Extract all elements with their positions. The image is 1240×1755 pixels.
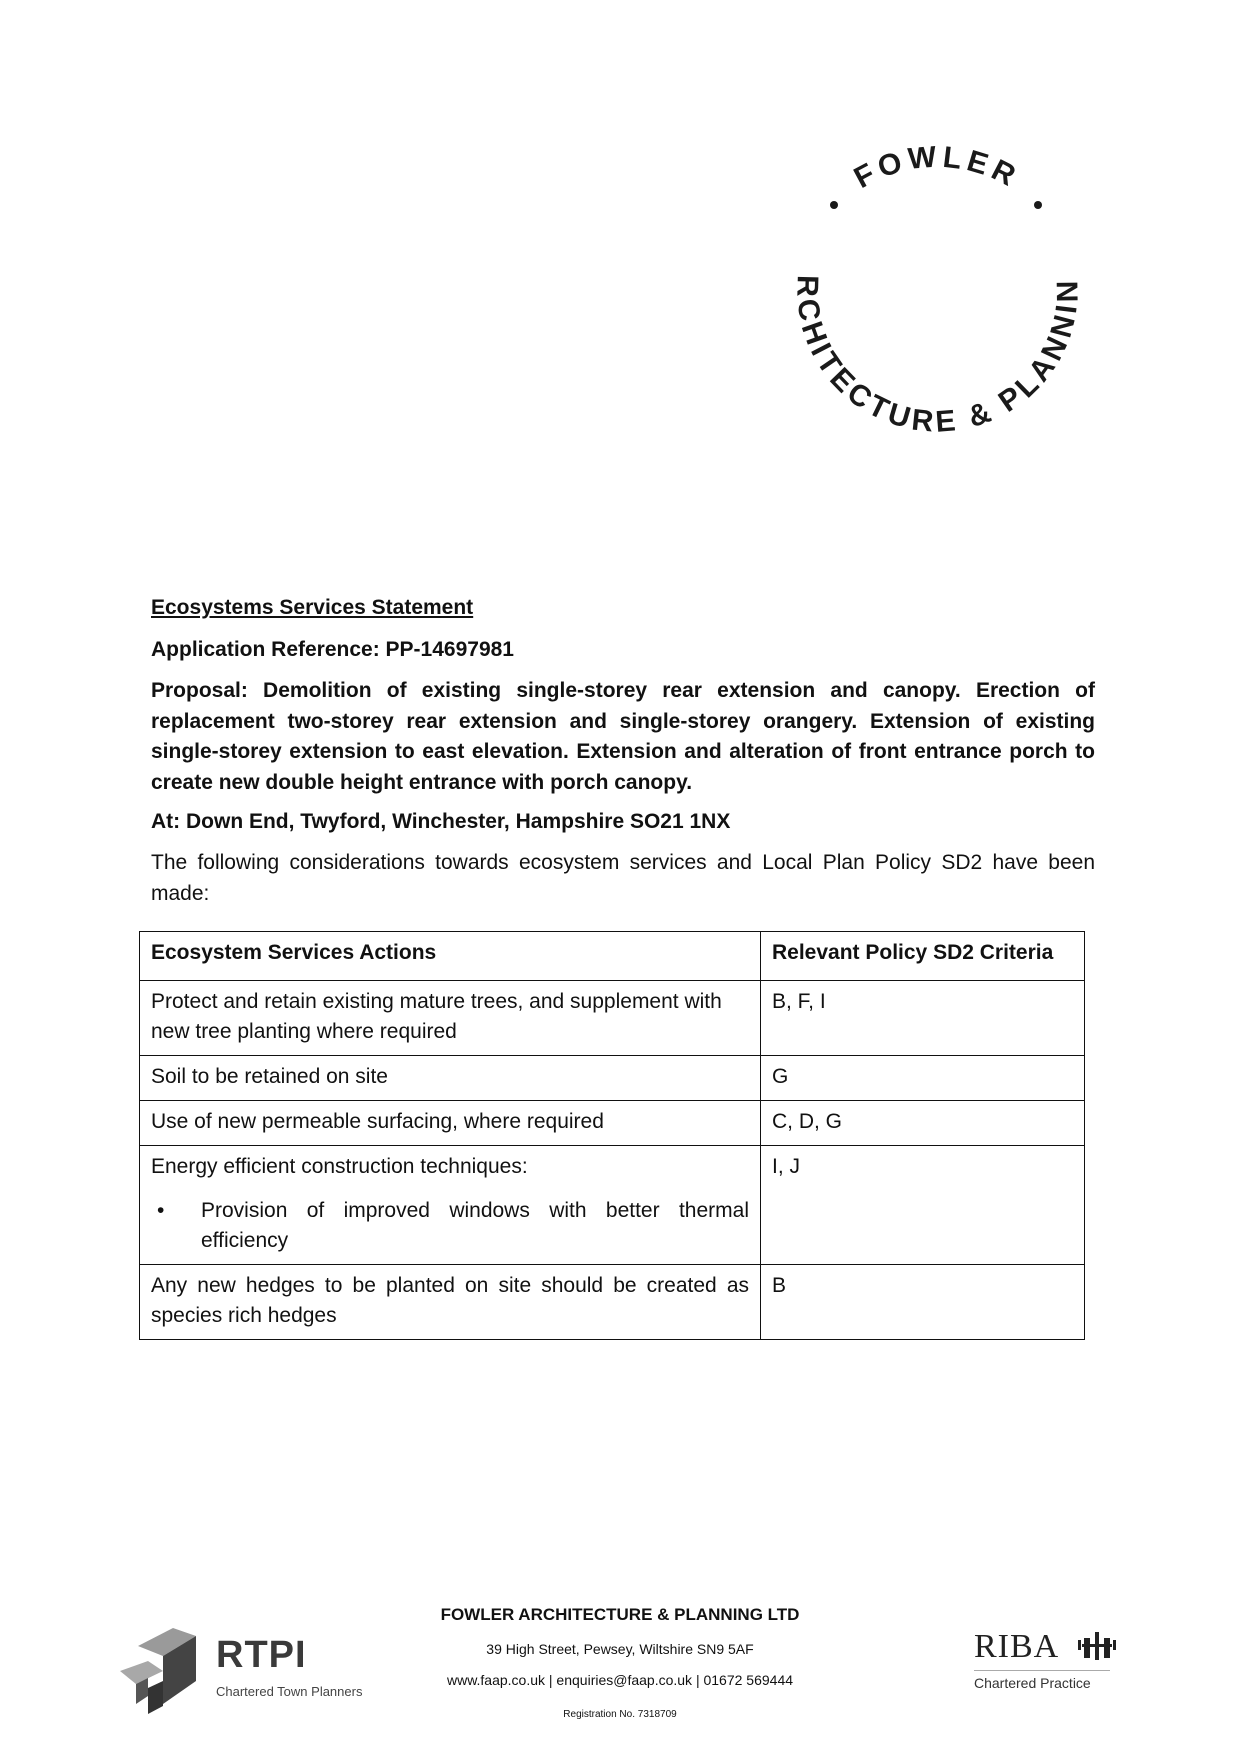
riba-name: RIBA bbox=[974, 1628, 1059, 1666]
action-cell: Use of new permeable surfacing, where re… bbox=[140, 1101, 761, 1146]
ecosystem-services-table: Ecosystem Services Actions Relevant Poli… bbox=[139, 931, 1085, 1340]
application-reference: Application Reference: PP-14697981 bbox=[151, 638, 1095, 662]
svg-text:FOWLER: FOWLER bbox=[849, 145, 1025, 195]
header-criteria: Relevant Policy SD2 Criteria bbox=[761, 932, 1085, 981]
riba-lions-icon bbox=[1078, 1632, 1116, 1662]
table-row: Soil to be retained on site G bbox=[140, 1056, 1085, 1101]
logo-dot-left bbox=[830, 201, 838, 209]
table-row: Protect and retain existing mature trees… bbox=[140, 981, 1085, 1056]
table-row: Any new hedges to be planted on site sho… bbox=[140, 1265, 1085, 1340]
table-row: Use of new permeable surfacing, where re… bbox=[140, 1101, 1085, 1146]
header-actions: Ecosystem Services Actions bbox=[140, 932, 761, 981]
criteria-cell: B, F, I bbox=[761, 981, 1085, 1056]
criteria-cell: C, D, G bbox=[761, 1101, 1085, 1146]
criteria-cell: I, J bbox=[761, 1146, 1085, 1265]
logo-dot-right bbox=[1034, 201, 1042, 209]
action-cell: Energy efficient construction techniques… bbox=[140, 1146, 761, 1265]
riba-subtitle: Chartered Practice bbox=[974, 1675, 1091, 1691]
table-row: Energy efficient construction techniques… bbox=[140, 1146, 1085, 1265]
bullet-icon: • bbox=[151, 1196, 201, 1256]
action-cell: Any new hedges to be planted on site sho… bbox=[140, 1265, 761, 1340]
document-body: Ecosystems Services Statement Applicatio… bbox=[151, 596, 1095, 909]
document-title: Ecosystems Services Statement bbox=[151, 596, 1095, 620]
logo-top-text: FOWLER bbox=[849, 145, 1025, 195]
proposal-text: Proposal: Demolition of existing single-… bbox=[151, 676, 1095, 798]
criteria-cell: G bbox=[761, 1056, 1085, 1101]
intro-text: The following considerations towards eco… bbox=[151, 848, 1095, 909]
footer-contact: www.faap.co.uk | enquiries@faap.co.uk | … bbox=[380, 1672, 860, 1688]
rtpi-name: RTPI bbox=[216, 1634, 307, 1677]
site-address: At: Down End, Twyford, Winchester, Hamps… bbox=[151, 810, 1095, 834]
action-cell: Soil to be retained on site bbox=[140, 1056, 761, 1101]
rtpi-cube-icon bbox=[118, 1626, 198, 1714]
footer-address: 39 High Street, Pewsey, Wiltshire SN9 5A… bbox=[380, 1641, 860, 1657]
bullet-item: • Provision of improved windows with bet… bbox=[151, 1196, 749, 1256]
footer-registration: Registration No. 7318709 bbox=[380, 1709, 860, 1720]
action-cell: Protect and retain existing mature trees… bbox=[140, 981, 761, 1056]
table-header-row: Ecosystem Services Actions Relevant Poli… bbox=[140, 932, 1085, 981]
logo-ring-text: ARCHITECTURE & PLANNING bbox=[775, 145, 1085, 439]
rtpi-subtitle: Chartered Town Planners bbox=[216, 1684, 362, 1699]
action-text: Energy efficient construction techniques… bbox=[151, 1152, 749, 1182]
riba-logo: RIBA Chartered Practice bbox=[970, 1628, 1120, 1698]
footer-company: FOWLER ARCHITECTURE & PLANNING LTD bbox=[380, 1605, 860, 1625]
criteria-cell: B bbox=[761, 1265, 1085, 1340]
fowler-logo: FOWLER ARCHITECTURE & PLANNING bbox=[775, 145, 1100, 470]
bullet-text: Provision of improved windows with bette… bbox=[201, 1196, 749, 1256]
rtpi-logo: RTPI Chartered Town Planners bbox=[118, 1620, 378, 1715]
svg-text:ARCHITECTURE & PLANNING: ARCHITECTURE & PLANNING bbox=[775, 145, 1085, 439]
riba-divider bbox=[974, 1670, 1110, 1671]
